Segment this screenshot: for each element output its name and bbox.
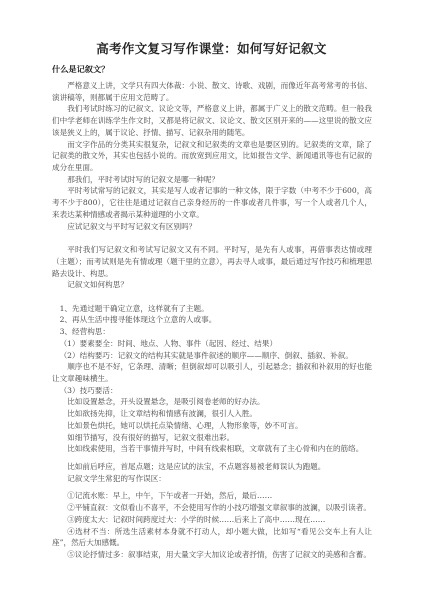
step-item: 3、经营构思： (52, 326, 372, 338)
sub-step-item: （1）要素要全：时间、地点、人物、事件（起因、经过、结果） (52, 338, 372, 350)
technique-item: 如细节描写，没有很好的描写，记叙文很难出彩。 (52, 432, 372, 444)
technique-item: 比如设置悬念，开头设置悬念，是吸引阅卷老师的好办法。 (52, 396, 372, 408)
mistake-item: ④选材不当：所选生活素材本身就不打动人，却小题大做，比如写“看见公交车上有人让座… (52, 526, 372, 549)
section-heading: 什么是记叙文？ (52, 64, 109, 75)
paragraph: 平时我们写记叙文和考试写记叙文又有不同。平时写，是先有人或事，再借事表达情或理（… (52, 244, 372, 279)
spacer (52, 291, 372, 303)
step-item: 1、先通过题干确定立意，这样就有了主题。 (52, 303, 372, 315)
technique-item: 比如景色烘托，她可以烘托点染情绪、心理，人物形象等，妙不可言。 (52, 420, 372, 432)
document-page: 高考作文复习写作课堂：如何写好记叙文 什么是记叙文？ 严格意义上讲，文学只有四大… (0, 0, 423, 600)
technique-item: 比如前后呼应，首尾点题；这是应试的法宝，不点题容易被老师误认为跑题。 (52, 461, 372, 473)
paragraph: 那我们，平时考试时写的记叙文是哪一种呢？ (52, 174, 372, 186)
mistakes-heading: 记叙文学生常犯的写作误区： (52, 473, 372, 485)
paragraph: 记叙文如何构思？ (52, 279, 372, 291)
step-item: 2、再从生活中搜寻能体现这个立意的人或事。 (52, 314, 372, 326)
mistake-item: ③跨度太大：记叙时间跨度过大：小学的时候……后来上了高中……现在…… (52, 514, 372, 526)
technique-item: 比如欲扬先抑，让文章结构和情感有波澜，很引人入胜。 (52, 408, 372, 420)
paragraph: 严格意义上讲，文学只有四大体裁：小说、散文、诗歌、戏剧，而像近年高考常考的书信、… (52, 80, 372, 103)
technique-heading: （3）技巧要活： (52, 385, 372, 397)
page-title: 高考作文复习写作课堂：如何写好记叙文 (0, 39, 423, 57)
mistake-item: ①记流水账：早上，中午，下午或者一开始，然后，最后…… (52, 490, 372, 502)
paragraph: 平时考试常写的记叙文，其实是写人或者记事的一种文体，限于字数（中考不少于600，… (52, 185, 372, 220)
paragraph: 我们考试时练习的记叙文、议论文等，严格意义上讲，都属于广义上的散文范畴。但一般我… (52, 103, 372, 138)
mistake-item: ②平铺直叙：文似看山不喜平，不会使用写作的小技巧增强文章叙事的波澜，以吸引读者。 (52, 502, 372, 514)
mistake-item: ⑤议论抒情过多：叙事结束，用大量文字大加议论或者抒情，伤害了记叙文的美感和含蓄。 (52, 549, 372, 561)
paragraph: 应试记叙文与平时写记叙文有区别吗？ (52, 221, 372, 233)
sub-step-item: （2）结构要巧：记叙文的结构其实就是事件叙述的顺序——顺序、倒叙、插叙、补叙。 (52, 350, 372, 362)
technique-item: 比如线索使用，当若干事情并写时，中间有线索相联，文章就有了主心骨和内在的筋络。 (52, 443, 372, 455)
paragraph: 顺序也不是不好，它条理、清晰；但倒叙却可以吸引人，引起悬念；插叙和补叙用的好也能… (52, 361, 372, 384)
spacer (52, 232, 372, 244)
document-body: 严格意义上讲，文学只有四大体裁：小说、散文、诗歌、戏剧，而像近年高考常考的书信、… (52, 80, 372, 561)
paragraph: 而文字作品的分类其实很复杂，记叙文和记叙类的文章也是要区别的。记叙类的文章，除了… (52, 139, 372, 174)
